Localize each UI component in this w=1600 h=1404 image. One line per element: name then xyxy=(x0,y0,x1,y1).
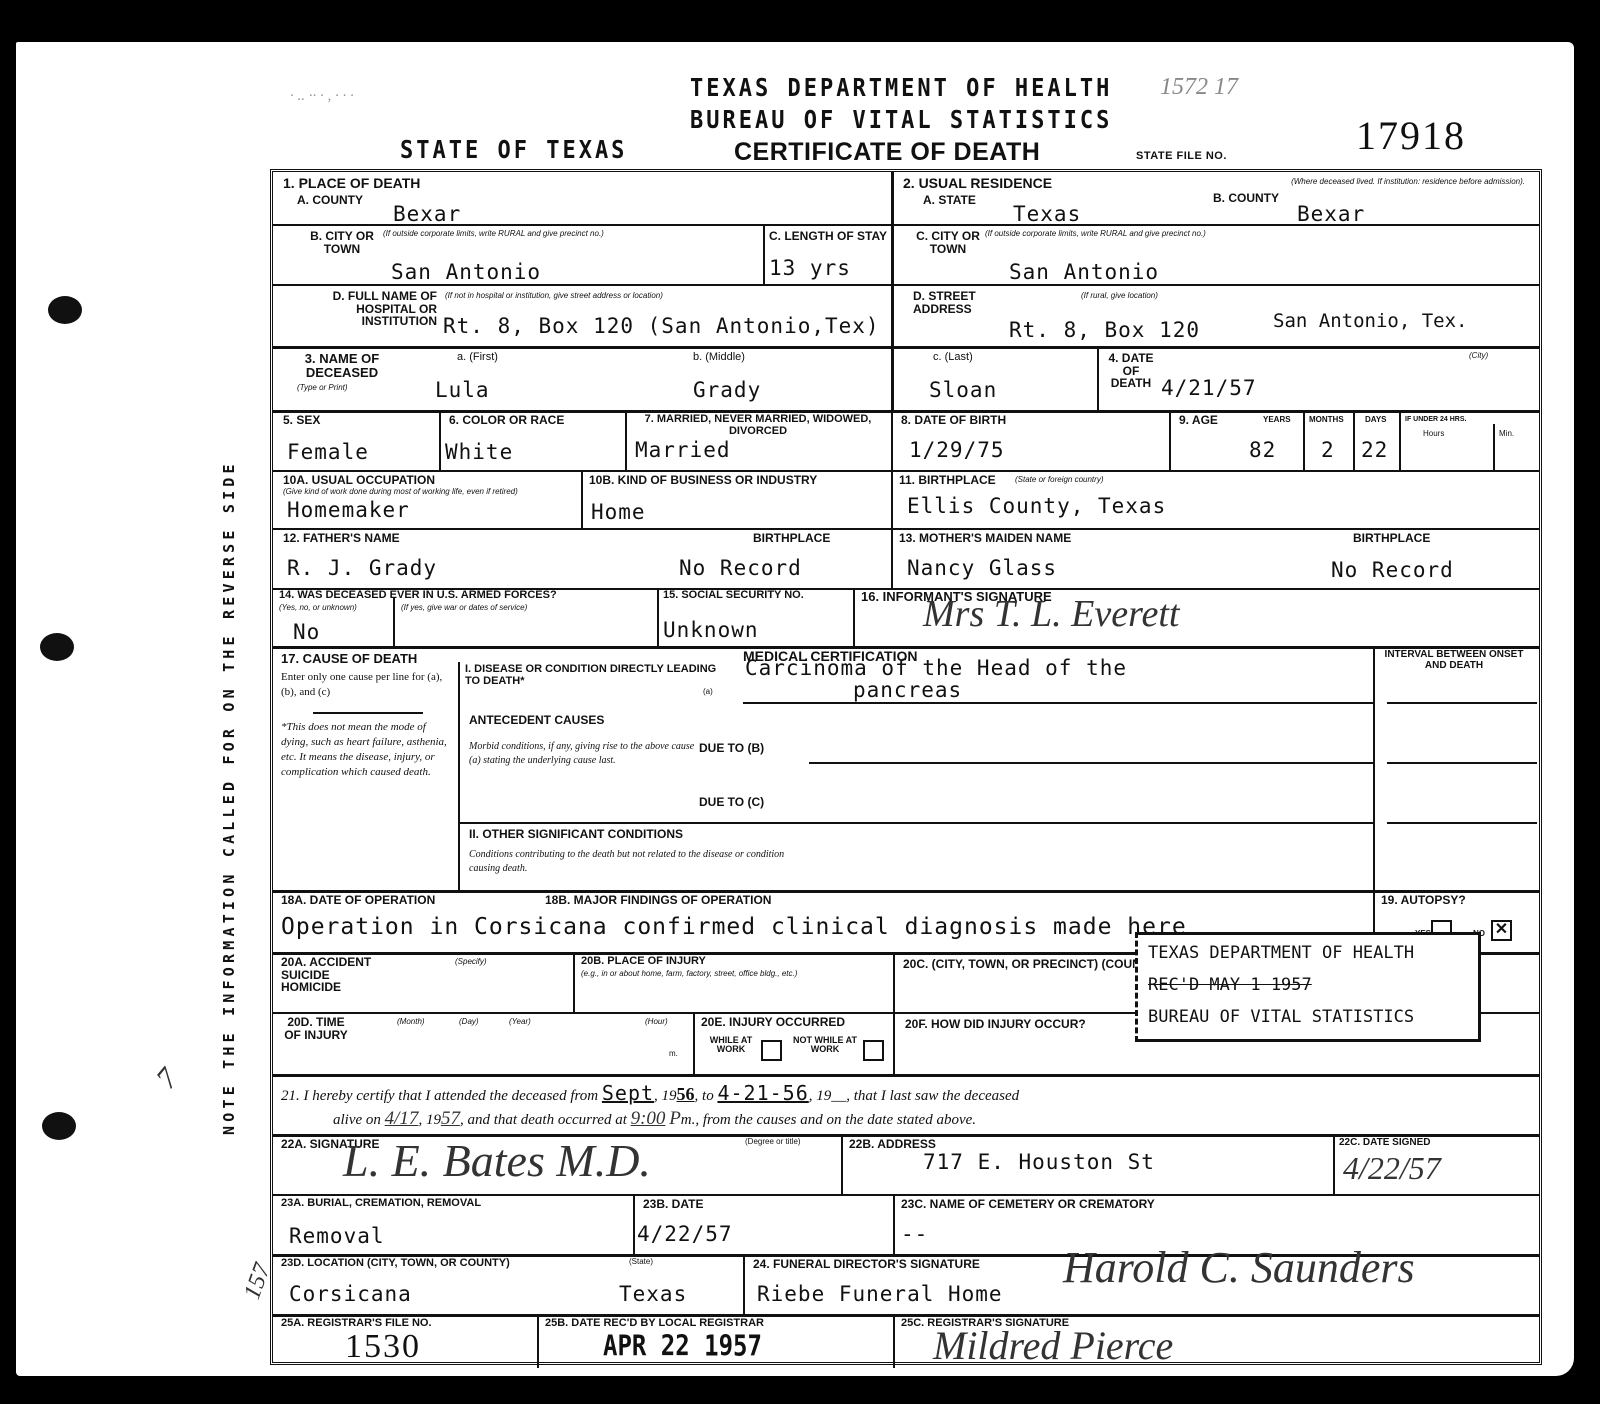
residence-note: (Where deceased lived. If institution: r… xyxy=(1115,178,1525,186)
label-marital: 7. MARRIED, NEVER MARRIED, WIDOWED, DIVO… xyxy=(633,414,883,437)
label-how-injury: 20f. HOW DID INJURY OCCUR? xyxy=(905,1018,1086,1031)
value-dob: 1/29/75 xyxy=(909,438,1005,462)
label-birthplace: 11. BIRTHPLACE xyxy=(899,474,996,487)
label-age-months: MONTHS xyxy=(1309,416,1344,424)
autopsy-no-checkbox[interactable]: ✕ xyxy=(1491,920,1512,941)
res-city-note: (If outside corporate limits, write RURA… xyxy=(985,230,1206,238)
label-burial: 23a. BURIAL, CREMATION, REMOVAL xyxy=(281,1198,481,1210)
place-of-injury-note: (e.g., in or about home, farm, factory, … xyxy=(581,970,861,978)
institution-note: (If not in hospital or institution, give… xyxy=(445,292,663,300)
stamp-line-1: TEXAS DEPARTMENT OF HEALTH xyxy=(1148,937,1468,969)
label-min: Min. xyxy=(1499,430,1514,438)
label-dob: 8. DATE OF BIRTH xyxy=(901,414,1006,427)
label-day: (Day) xyxy=(459,1018,479,1026)
faded-notation: · .. ·· · , · · · xyxy=(290,88,354,105)
certify-line-2: alive on 4/17, 1957, and that death occu… xyxy=(333,1106,976,1132)
value-age-days: 22 xyxy=(1361,438,1388,462)
label-m: m. xyxy=(669,1050,678,1058)
value-father-birthplace: No Record xyxy=(679,556,802,580)
while-at-work-checkbox[interactable] xyxy=(761,1040,782,1061)
label-occupation: 10a. USUAL OCCUPATION xyxy=(283,474,435,487)
value-death-county: Bexar xyxy=(393,202,461,226)
label-middle: b. (Middle) xyxy=(693,352,745,364)
punch-hole xyxy=(42,1112,76,1140)
label-res-state: a. STATE xyxy=(923,194,976,207)
name-note: (Type or Print) xyxy=(297,384,348,392)
label-street: d. STREET ADDRESS xyxy=(913,290,993,315)
certify-alive-on: 4/17 xyxy=(385,1108,419,1129)
value-date-signed: 4/22/57 xyxy=(1343,1150,1441,1187)
armed-note-2: (If yes, give war or dates of service) xyxy=(401,604,527,612)
label-name: 3. NAME OF DECEASED xyxy=(287,352,397,379)
value-cause-a: Carcinoma of the Head of the xyxy=(745,656,1127,680)
certify-line-1: 21. I hereby certify that I attended the… xyxy=(281,1080,1019,1107)
certify-to: 4-21-56 xyxy=(717,1081,808,1105)
certify-from: Sept xyxy=(602,1081,654,1105)
label-institution: d. FULL NAME OF HOSPITAL OR INSTITUTION xyxy=(297,290,437,328)
value-mother-birthplace: No Record xyxy=(1331,558,1454,582)
label-length-of-stay: c. LENGTH OF STAY xyxy=(769,230,889,243)
value-first-name: Lula xyxy=(435,378,490,402)
city-note: (If outside corporate limits, write RURA… xyxy=(383,230,753,238)
label-time-of-injury: 20d. TIME OF INJURY xyxy=(281,1016,351,1041)
value-cemetery: -- xyxy=(901,1222,928,1246)
label-not-while-at-work: NOT WHILE AT WORK xyxy=(787,1036,863,1055)
value-father: R. J. Grady xyxy=(287,556,437,580)
section-place-of-death: 1. PLACE OF DEATH xyxy=(283,176,420,191)
bureau-title: BUREAU OF VITAL STATISTICS xyxy=(690,106,1112,135)
certify-ampm: P xyxy=(669,1108,681,1129)
label-accident: 20a. ACCIDENT SUICIDE HOMICIDE xyxy=(281,956,391,994)
label-last: c. (Last) xyxy=(933,352,973,364)
value-mother: Nancy Glass xyxy=(907,556,1057,580)
label-business: 10b. KIND OF BUSINESS OR INDUSTRY xyxy=(589,474,817,487)
value-death-city: San Antonio xyxy=(391,260,541,284)
state-file-number: 17918 xyxy=(1356,112,1466,159)
value-date-received: APR 22 1957 xyxy=(603,1329,762,1363)
value-date-of-death: 4/21/57 xyxy=(1161,376,1257,400)
label-date-received: 25b. DATE REC'D BY LOCAL REGISTRAR xyxy=(545,1318,764,1330)
value-op-findings: Operation in Corsicana confirmed clinica… xyxy=(281,914,1187,940)
part2-note: Conditions contributing to the death but… xyxy=(469,848,789,875)
state-file-label: STATE FILE NO. xyxy=(1136,150,1227,162)
label-county: a. COUNTY xyxy=(297,194,363,207)
value-ssn: Unknown xyxy=(663,618,759,642)
value-street-extra: San Antonio, Tex. xyxy=(1273,310,1467,332)
value-marital: Married xyxy=(635,438,731,462)
value-last-name: Sloan xyxy=(929,378,997,402)
occupation-note: (Give kind of work done during most of w… xyxy=(283,488,579,496)
document-title: CERTIFICATE OF DEATH xyxy=(734,138,1040,167)
value-age-years: 82 xyxy=(1249,438,1276,462)
label-age: 9. AGE xyxy=(1179,414,1218,427)
label-location-state: (State) xyxy=(629,1258,653,1266)
label-cause-of-death: 17. CAUSE OF DEATH xyxy=(281,652,417,666)
label-mother: 13. MOTHER'S MAIDEN NAME xyxy=(899,532,1071,545)
value-res-county: Bexar xyxy=(1297,202,1365,226)
label-first: a. (First) xyxy=(457,352,498,364)
label-under-24: IF UNDER 24 HRS. xyxy=(1405,416,1466,423)
label-autopsy: 19. AUTOPSY? xyxy=(1381,894,1466,907)
label-while-at-work: WHILE AT WORK xyxy=(703,1036,759,1055)
cause-instruction: Enter only one cause per line for (a), (… xyxy=(281,670,451,700)
value-middle-name: Grady xyxy=(693,378,761,402)
label-part1: I. DISEASE OR CONDITION DIRECTLY LEADING… xyxy=(465,664,725,687)
value-location: Corsicana xyxy=(289,1282,412,1306)
label-armed-forces: 14. WAS DECEASED EVER IN U.S. ARMED FORC… xyxy=(279,590,557,602)
value-res-state: Texas xyxy=(1013,202,1081,226)
value-occupation: Homemaker xyxy=(287,498,410,522)
label-race: 6. COLOR OR RACE xyxy=(449,414,564,427)
label-hours: Hours xyxy=(1423,430,1444,438)
handwritten-number: 1572 17 xyxy=(1160,74,1238,101)
certify-alive-year: 57 xyxy=(441,1108,460,1129)
value-race: White xyxy=(445,440,513,464)
value-birthplace: Ellis County, Texas xyxy=(907,494,1166,518)
not-while-at-work-checkbox[interactable] xyxy=(863,1040,884,1061)
value-funeral-home: Riebe Funeral Home xyxy=(757,1282,1003,1306)
street-note: (If rural, give location) xyxy=(1081,292,1158,300)
stamp-line-2: REC'D MAY 1 1957 xyxy=(1148,969,1468,1001)
label-mother-birthplace: BIRTHPLACE xyxy=(1353,532,1430,545)
specify-note: (Specify) xyxy=(455,958,487,966)
label-month: (Month) xyxy=(397,1018,425,1026)
label-part2: II. OTHER SIGNIFICANT CONDITIONS xyxy=(469,828,683,841)
marker-a: (a) xyxy=(703,688,713,696)
informant-signature: Mrs T. L. Everett xyxy=(923,592,1179,636)
reverse-side-note: NOTE THE INFORMATION CALLED FOR ON THE R… xyxy=(220,460,238,1135)
label-year: (Year) xyxy=(509,1018,531,1026)
label-due-b: DUE TO (b) xyxy=(699,742,764,755)
value-cause-a-line2: pancreas xyxy=(853,678,962,702)
received-stamp: TEXAS DEPARTMENT OF HEALTH REC'D MAY 1 1… xyxy=(1135,932,1481,1042)
cause-footnote: *This does not mean the mode of dying, s… xyxy=(281,720,451,779)
registrar-signature: Mildred Pierce xyxy=(933,1322,1173,1369)
label-city: b. CITY OR TOWN xyxy=(297,230,387,255)
certificate-form: 1. PLACE OF DEATH a. COUNTY Bexar 2. USU… xyxy=(270,169,1542,1365)
dod-note: (City) xyxy=(1469,352,1488,360)
value-res-city: San Antonio xyxy=(1009,260,1159,284)
value-burial-date: 4/22/57 xyxy=(637,1222,733,1246)
armed-note: (Yes, no, or unknown) xyxy=(279,604,357,612)
antecedent-note: Morbid conditions, if any, giving rise t… xyxy=(469,740,697,767)
value-business: Home xyxy=(591,500,646,524)
value-institution: Rt. 8, Box 120 (San Antonio,Tex) xyxy=(443,314,880,338)
state-title: STATE OF TEXAS xyxy=(400,136,627,165)
label-degree: (Degree or title) xyxy=(745,1138,801,1146)
label-father-birthplace: BIRTHPLACE xyxy=(753,532,830,545)
value-length-of-stay: 13 yrs xyxy=(769,256,851,280)
value-street: Rt. 8, Box 120 xyxy=(1009,318,1200,342)
label-age-days: DAYS xyxy=(1365,416,1387,424)
value-address: 717 E. Houston St xyxy=(923,1150,1155,1174)
physician-signature: L. E. Bates M.D. xyxy=(343,1134,651,1187)
label-op-findings: 18b. MAJOR FINDINGS OF OPERATION xyxy=(545,894,771,907)
label-hour: (Hour) xyxy=(645,1018,668,1026)
label-age-years: YEARS xyxy=(1263,416,1291,424)
label-due-c: DUE TO (c) xyxy=(699,796,764,809)
certify-time: 9:00 xyxy=(631,1108,666,1129)
label-ssn: 15. SOCIAL SECURITY NO. xyxy=(663,590,804,602)
label-address: 22b. ADDRESS xyxy=(849,1138,936,1151)
label-res-city: c. CITY OR TOWN xyxy=(913,230,983,255)
label-op-date: 18a. DATE OF OPERATION xyxy=(281,894,435,907)
label-antecedent: ANTECEDENT CAUSES xyxy=(469,714,604,727)
birthplace-note: (State or foreign country) xyxy=(1015,476,1103,484)
label-res-county: b. COUNTY xyxy=(1213,192,1279,205)
funeral-director-signature: Harold C. Saunders xyxy=(1063,1242,1415,1293)
value-location-state: Texas xyxy=(619,1282,687,1306)
stamp-line-3: BUREAU OF VITAL STATISTICS xyxy=(1148,1001,1468,1033)
dept-title: TEXAS DEPARTMENT OF HEALTH xyxy=(690,74,1112,103)
value-burial: Removal xyxy=(289,1224,385,1248)
value-armed-forces: No xyxy=(293,620,320,644)
label-father: 12. FATHER'S NAME xyxy=(283,532,400,545)
value-age-months: 2 xyxy=(1321,438,1335,462)
certify-from-year: 56 xyxy=(677,1084,695,1104)
label-injury-occurred: 20e. INJURY OCCURRED xyxy=(701,1016,845,1029)
label-date-of-death: 4. DATE OF DEATH xyxy=(1105,352,1157,390)
label-sex: 5. SEX xyxy=(283,414,320,427)
punch-hole xyxy=(40,633,74,661)
value-registrar-file: 1530 xyxy=(345,1328,421,1366)
label-interval: INTERVAL BETWEEN ONSET AND DEATH xyxy=(1379,650,1529,671)
label-place-of-injury: 20b. PLACE OF INJURY xyxy=(581,956,706,968)
label-cemetery: 23c. NAME OF CEMETERY OR CREMATORY xyxy=(901,1198,1155,1211)
value-sex: Female xyxy=(287,440,369,464)
label-date-signed: 22c. DATE SIGNED xyxy=(1339,1138,1431,1149)
section-usual-residence: 2. USUAL RESIDENCE xyxy=(903,176,1052,191)
label-burial-date: 23b. DATE xyxy=(643,1198,703,1211)
label-location: 23d. LOCATION (City, town, or county) xyxy=(281,1258,510,1270)
label-funeral-director: 24. FUNERAL DIRECTOR'S SIGNATURE xyxy=(753,1258,980,1271)
punch-hole xyxy=(48,296,82,324)
